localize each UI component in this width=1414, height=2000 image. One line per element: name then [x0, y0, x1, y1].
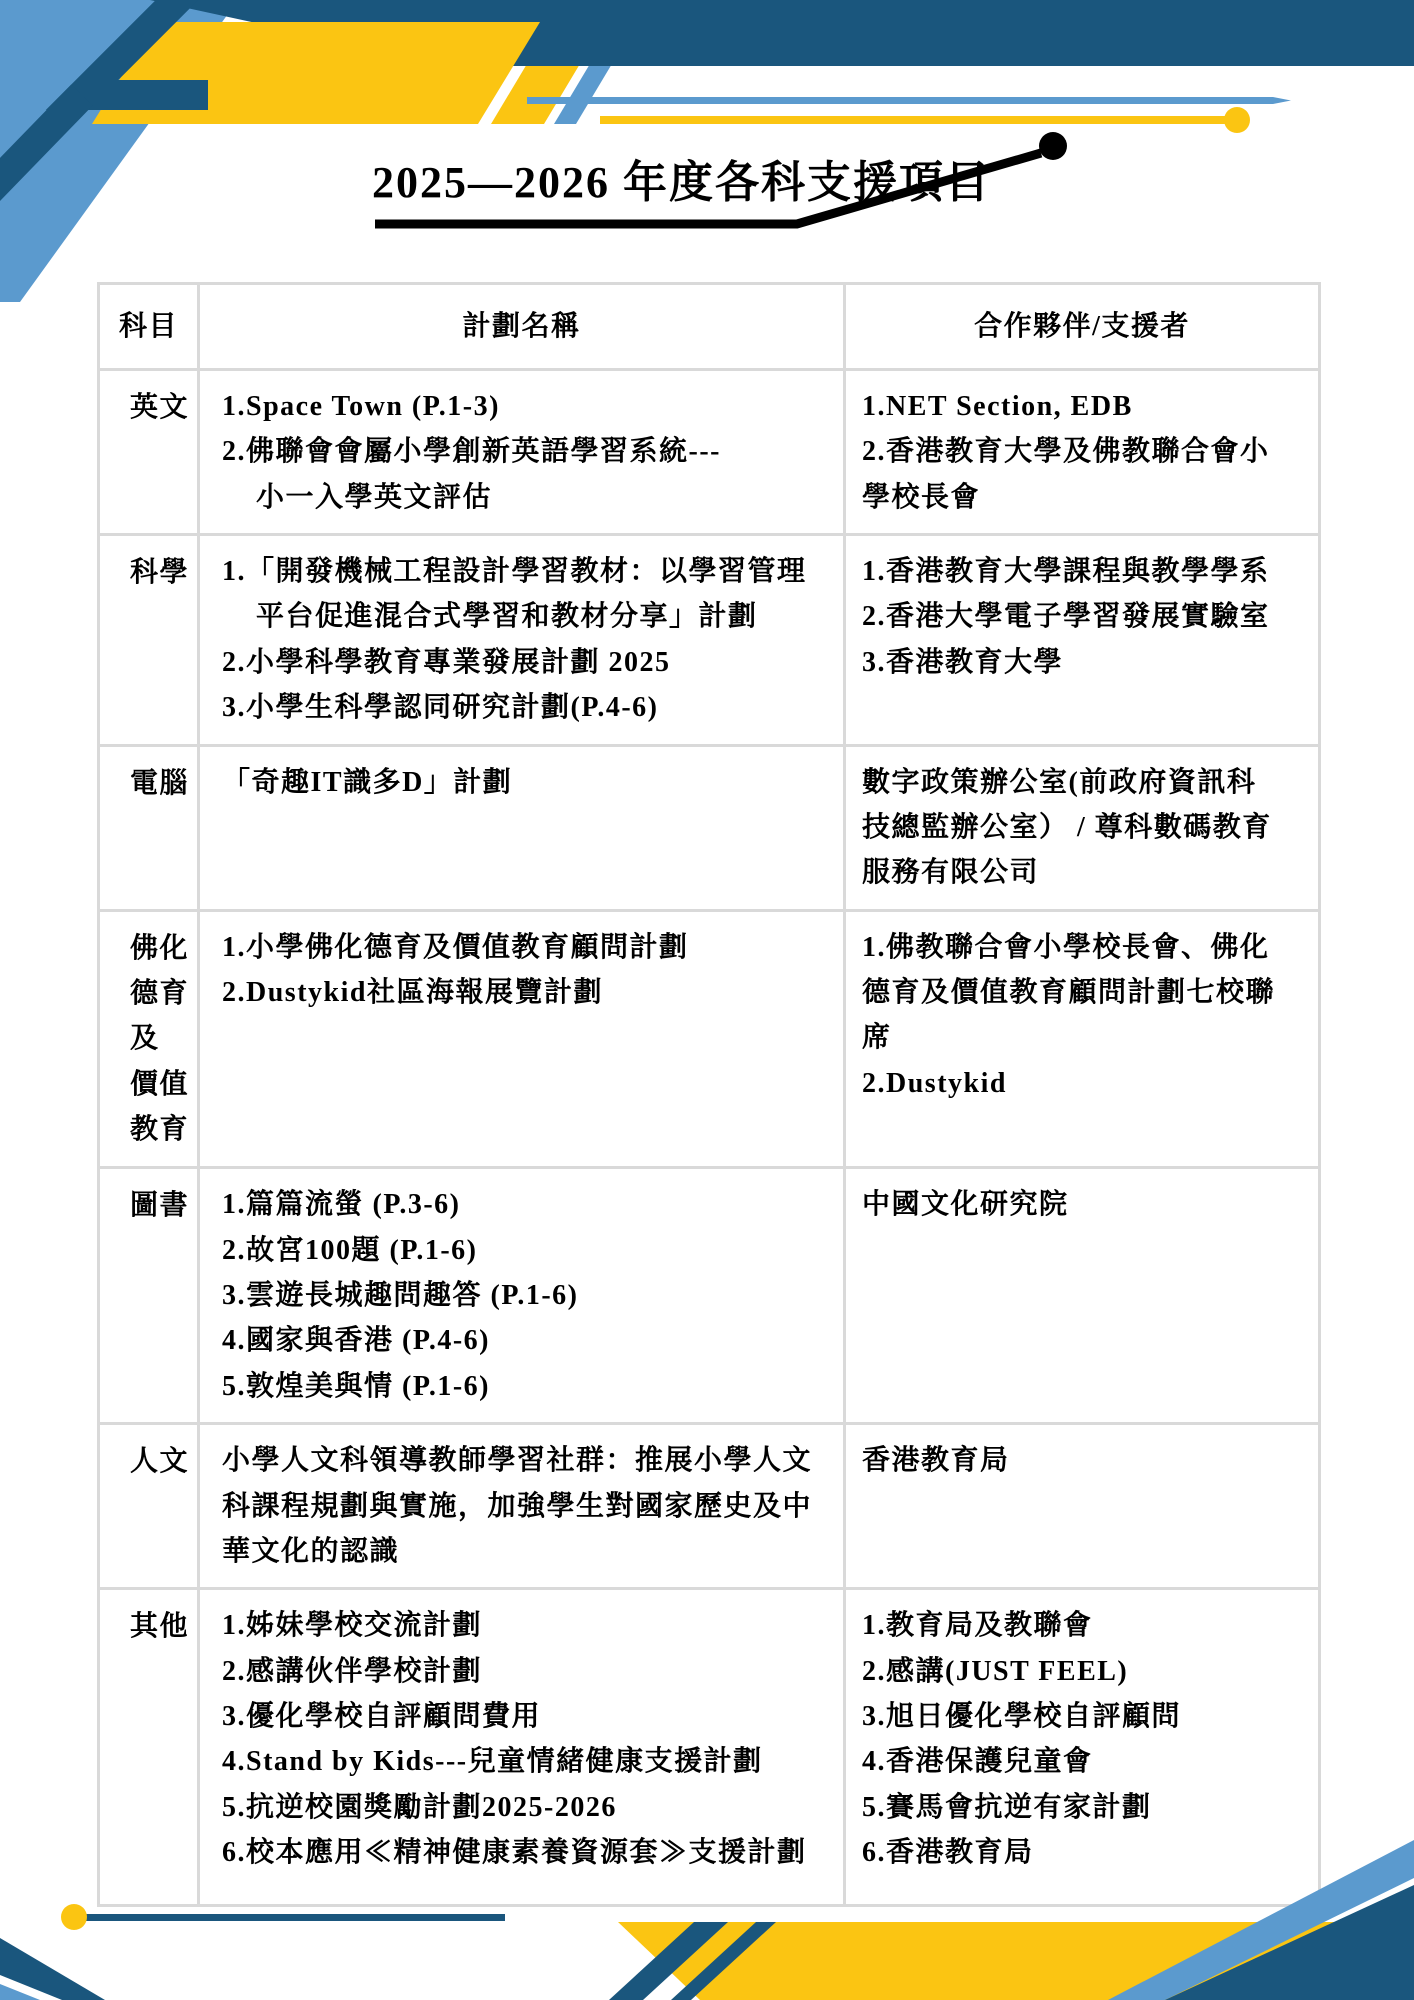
- plan-item: 5.抗逆校園獎勵計劃2025-2026: [222, 1785, 817, 1830]
- table-row: 英文1.Space Town (P.1-3)2.佛聯會會屬小學創新英語學習系統-…: [99, 370, 1320, 535]
- rule-light-blue-tip: [1273, 97, 1291, 104]
- plans-cell: 1.小學佛化德育及價值教育顧問計劃2.Dustykid社區海報展覽計劃: [199, 910, 845, 1168]
- plan-item: 3.優化學校自評顧問費用: [222, 1694, 817, 1739]
- partners-cell: 1.佛教聯合會小學校長會、佛化德育及價值教育顧問計劃七校聯席2.Dustykid: [845, 910, 1320, 1168]
- rule-yellow: [600, 116, 1230, 124]
- footer-rule-yellow-dot: [61, 1904, 87, 1930]
- rule-yellow-dot: [1224, 107, 1250, 133]
- table-row: 其他1.姊妹學校交流計劃2.感講伙伴學校計劃3.優化學校自評顧問費用4.Stan…: [99, 1589, 1320, 1906]
- document-page: 2025—2026 年度各科支援項目 科目 計劃名稱 合作夥伴/支援者 英文1.…: [0, 0, 1414, 2000]
- plan-item: 1.姊妹學校交流計劃: [222, 1603, 817, 1648]
- plan-item: 1.小學佛化德育及價值教育顧問計劃: [222, 925, 817, 970]
- plan-item: 2.感講伙伴學校計劃: [222, 1649, 817, 1694]
- partner-item: 香港教育局: [862, 1438, 1279, 1483]
- footer-rule-navy: [72, 1914, 505, 1921]
- subject-cell: 科學: [99, 535, 199, 745]
- trapezoid-yellow: [92, 22, 540, 124]
- partners-cell: 中國文化研究院: [845, 1168, 1320, 1424]
- table-row: 圖書1.篇篇流螢 (P.3-6)2.故宮100題 (P.1-6)3.雲遊長城趣問…: [99, 1168, 1320, 1424]
- partner-item: 3.香港教育大學: [862, 640, 1279, 685]
- partner-item: 1.香港教育大學課程與教學學系: [862, 549, 1279, 594]
- partner-item: 2.感講(JUST FEEL): [862, 1649, 1279, 1694]
- plan-item: 5.敦煌美與情 (P.1-6): [222, 1364, 817, 1409]
- corner-band-light-blue: [0, 0, 238, 302]
- header-subject: 科目: [99, 284, 199, 370]
- partner-item: 6.香港教育局: [862, 1830, 1279, 1875]
- subject-cell: 圖書: [99, 1168, 199, 1424]
- partner-item: 4.香港保護兒童會: [862, 1739, 1279, 1784]
- plans-cell: 「奇趣IT識多D」計劃: [199, 745, 845, 910]
- title-underline-dot: [1039, 132, 1067, 160]
- partner-item: 2.Dustykid: [862, 1061, 1279, 1106]
- partner-item: 3.旭日優化學校自評顧問: [862, 1694, 1279, 1739]
- partner-item: 1.佛教聯合會小學校長會、佛化德育及價值教育顧問計劃七校聯席: [862, 925, 1279, 1061]
- footer-trapezoid-yellow: [618, 1922, 1414, 2000]
- partner-item: 中國文化研究院: [862, 1182, 1279, 1227]
- subject-cell: 英文: [99, 370, 199, 535]
- header-partners: 合作夥伴/支援者: [845, 284, 1320, 370]
- partner-item: 2.香港教育大學及佛教聯合會小學校長會: [862, 429, 1279, 520]
- partners-cell: 香港教育局: [845, 1424, 1320, 1589]
- subject-cell: 人文: [99, 1424, 199, 1589]
- subject-cell: 佛化 德育 及 價值 教育: [99, 910, 199, 1168]
- zigzag-navy-lower: [0, 95, 82, 200]
- plan-item: 3.雲遊長城趣問趣答 (P.1-6): [222, 1273, 817, 1318]
- partner-item: 1.NET Section, EDB: [862, 384, 1279, 429]
- table-row: 電腦「奇趣IT識多D」計劃數字政策辦公室(前政府資訊科技總監辦公室） / 尊科數…: [99, 745, 1320, 910]
- footer-left-light-blue: [0, 1984, 40, 2000]
- support-table-body: 英文1.Space Town (P.1-3)2.佛聯會會屬小學創新英語學習系統-…: [99, 370, 1320, 1906]
- plan-item: 4.Stand by Kids---兒童情緒健康支援計劃: [222, 1739, 817, 1784]
- stripe-light-blue: [554, 22, 637, 124]
- subject-cell: 其他: [99, 1589, 199, 1906]
- rule-light-blue: [527, 97, 1273, 104]
- plan-item: 小學人文科領導教師學習社群：推展小學人文科課程規劃與實施，加強學生對國家歷史及中…: [222, 1438, 817, 1574]
- plan-item: 4.國家與香港 (P.4-6): [222, 1318, 817, 1363]
- subject-cell: 電腦: [99, 745, 199, 910]
- partners-cell: 數字政策辦公室(前政府資訊科技總監辦公室） / 尊科數碼教育服務有限公司: [845, 745, 1320, 910]
- partner-item: 5.賽馬會抗逆有家計劃: [862, 1785, 1279, 1830]
- partner-item: 1.教育局及教聯會: [862, 1603, 1279, 1648]
- footer-left-navy-band: [0, 1938, 105, 2000]
- plans-cell: 1.姊妹學校交流計劃2.感講伙伴學校計劃3.優化學校自評顧問費用4.Stand …: [199, 1589, 845, 1906]
- plan-item: 2.小學科學教育專業發展計劃 2025: [222, 640, 817, 685]
- stripe-yellow: [491, 22, 605, 124]
- top-bar-navy: [150, 0, 1414, 66]
- plan-item: 1.Space Town (P.1-3): [222, 384, 817, 429]
- support-projects-table: 科目 計劃名稱 合作夥伴/支援者 英文1.Space Town (P.1-3)2…: [97, 282, 1321, 1907]
- plans-cell: 1.「開發機械工程設計學習教材：以學習管理平台促進混合式學習和教材分享」計劃2.…: [199, 535, 845, 745]
- page-title: 2025—2026 年度各科支援項目: [372, 146, 991, 210]
- plans-cell: 1.篇篇流螢 (P.3-6)2.故宮100題 (P.1-6)3.雲遊長城趣問趣答…: [199, 1168, 845, 1424]
- footer-slash-navy-2: [671, 1922, 776, 2000]
- table-row: 佛化 德育 及 價值 教育1.小學佛化德育及價值教育顧問計劃2.Dustykid…: [99, 910, 1320, 1168]
- header-plan-name: 計劃名稱: [199, 284, 845, 370]
- plan-item: 「奇趣IT識多D」計劃: [222, 760, 817, 805]
- plan-item: 2.故宮100題 (P.1-6): [222, 1228, 817, 1273]
- partners-cell: 1.教育局及教聯會2.感講(JUST FEEL)3.旭日優化學校自評顧問4.香港…: [845, 1589, 1320, 1906]
- plans-cell: 小學人文科領導教師學習社群：推展小學人文科課程規劃與實施，加強學生對國家歷史及中…: [199, 1424, 845, 1589]
- table-header-row: 科目 計劃名稱 合作夥伴/支援者: [99, 284, 1320, 370]
- plans-cell: 1.Space Town (P.1-3)2.佛聯會會屬小學創新英語學習系統---…: [199, 370, 845, 535]
- plan-item: 2.Dustykid社區海報展覽計劃: [222, 970, 817, 1015]
- plan-item: 6.校本應用≪精神健康素養資源套≫支援計劃: [222, 1830, 817, 1875]
- plan-item: 2.佛聯會會屬小學創新英語學習系統--- 小一入學英文評估: [222, 429, 817, 520]
- partners-cell: 1.NET Section, EDB2.香港教育大學及佛教聯合會小學校長會: [845, 370, 1320, 535]
- partners-cell: 1.香港教育大學課程與教學學系2.香港大學電子學習發展實驗室3.香港教育大學: [845, 535, 1320, 745]
- table-row: 人文小學人文科領導教師學習社群：推展小學人文科課程規劃與實施，加強學生對國家歷史…: [99, 1424, 1320, 1589]
- zigzag-navy-upper: [82, 0, 208, 95]
- plan-item: 1.篇篇流螢 (P.3-6): [222, 1182, 817, 1227]
- partner-item: 2.香港大學電子學習發展實驗室: [862, 594, 1279, 639]
- footer-slash-navy-1: [609, 1922, 728, 2000]
- plan-item: 3.小學生科學認同研究計劃(P.4-6): [222, 685, 817, 730]
- partner-item: 數字政策辦公室(前政府資訊科技總監辦公室） / 尊科數碼教育服務有限公司: [862, 760, 1279, 896]
- plan-item: 1.「開發機械工程設計學習教材：以學習管理平台促進混合式學習和教材分享」計劃: [222, 549, 817, 640]
- table-row: 科學1.「開發機械工程設計學習教材：以學習管理平台促進混合式學習和教材分享」計劃…: [99, 535, 1320, 745]
